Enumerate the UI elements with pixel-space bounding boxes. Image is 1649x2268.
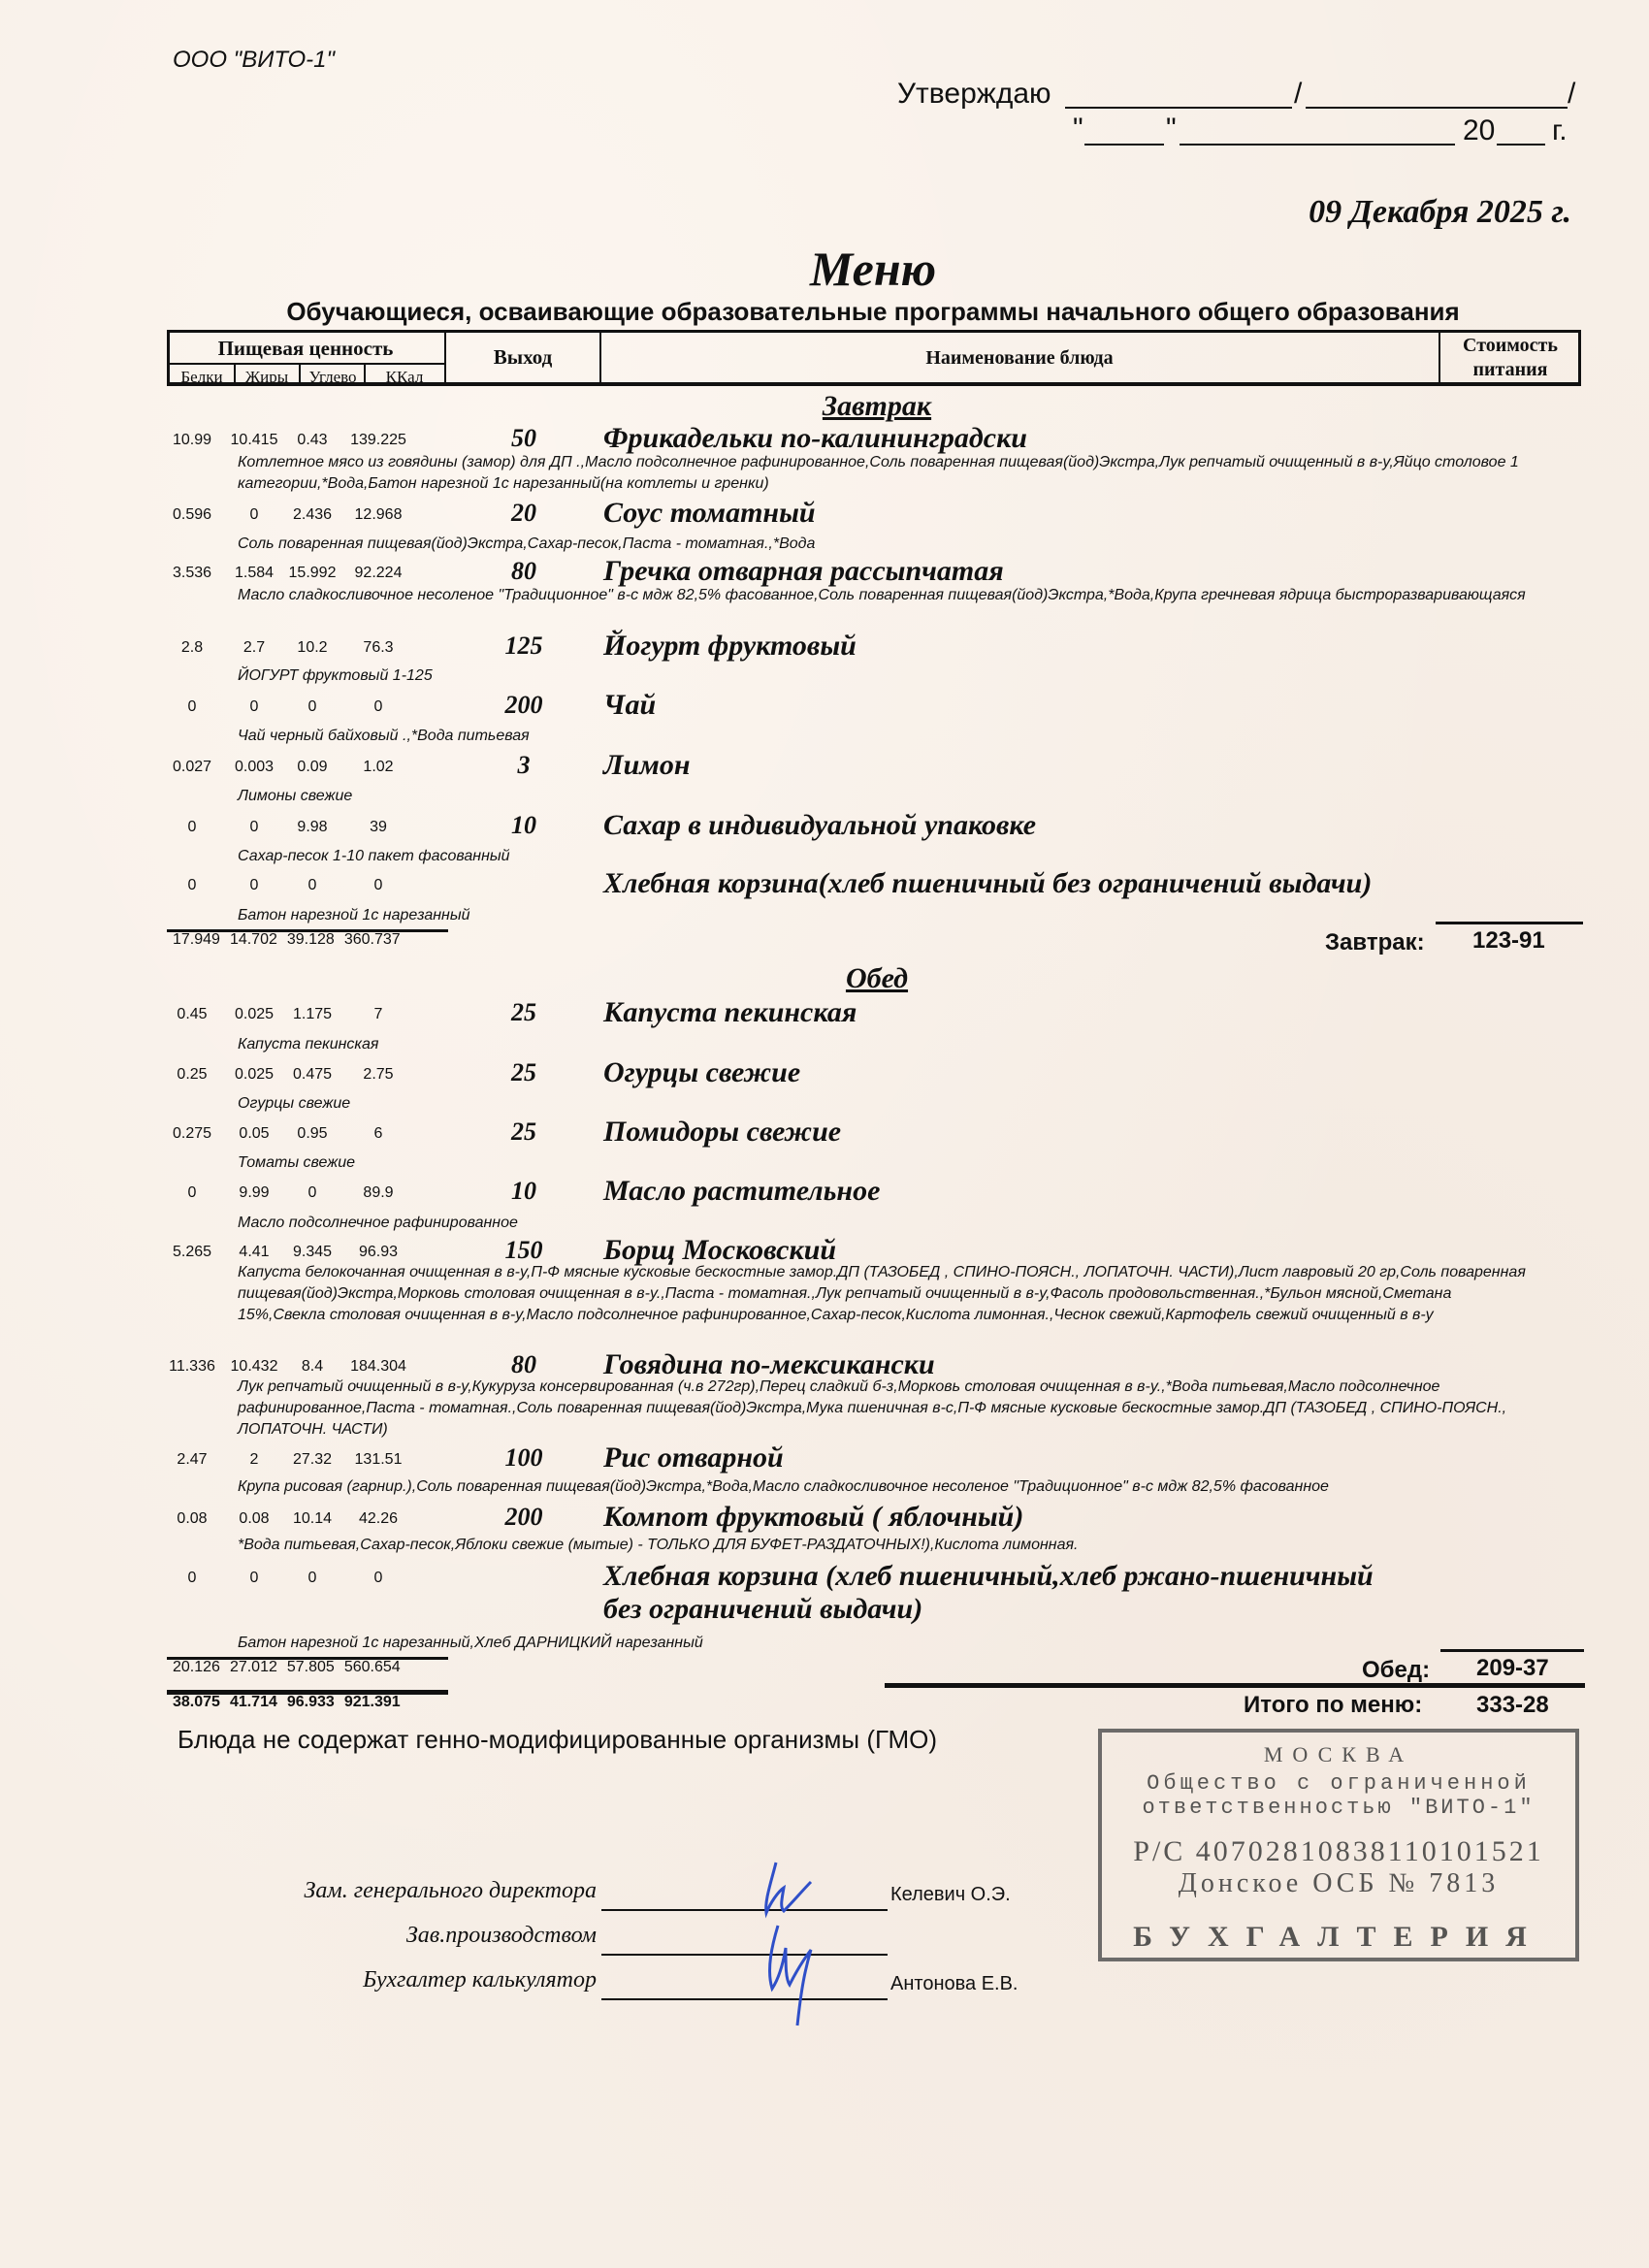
protein-value: 3.536: [161, 565, 223, 582]
page-subtitle: Обучающиеся, осваивающие образовательные…: [165, 297, 1581, 327]
approve-signature-line: [1065, 107, 1292, 109]
gmo-note: Блюда не содержат генно-модифицированные…: [178, 1725, 937, 1755]
total-carbs: 39.128: [287, 931, 335, 948]
carbs-value: 0.43: [281, 432, 343, 449]
breakfast-cost-label: Завтрак:: [1325, 929, 1425, 956]
fat-value: 9.99: [223, 1184, 285, 1202]
kcal-value: 131.51: [347, 1451, 409, 1469]
menu-date: 09 Декабря 2025 г.: [1309, 194, 1571, 231]
ingredients-text: Батон нарезной 1с нарезанный,Хлеб ДАРНИЦ…: [238, 1633, 1528, 1654]
dish-name-header: Наименование блюда: [601, 347, 1438, 370]
kcal-value: 89.9: [347, 1184, 409, 1202]
fat-value: 0.003: [223, 759, 285, 776]
carbs-value: 15.992: [281, 565, 343, 582]
day-line: [1084, 144, 1164, 146]
signature-role-accountant: Бухгалтер калькулятор: [247, 1967, 597, 1993]
protein-value: 0.45: [161, 1006, 223, 1023]
ingredients-text: Масло сладкосливочное несоленое "Традици…: [238, 585, 1528, 606]
fat-value: 4.41: [223, 1244, 285, 1261]
section-lunch-title: Обед: [0, 962, 1649, 995]
col-protein: Белки: [170, 368, 234, 387]
total-kcal: 360.737: [344, 931, 401, 948]
ingredients-text: Лук репчатый очищенный в в-у,Кукуруза ко…: [238, 1377, 1528, 1441]
fat-value: 0: [223, 877, 285, 894]
yield-value: 10: [485, 1177, 563, 1206]
dish-name: Хлебная корзина(хлеб пшеничный без огран…: [603, 867, 1372, 900]
dish-name: Масло растительное: [603, 1175, 880, 1208]
fat-value: 2: [223, 1451, 285, 1469]
yield-value: 200: [485, 691, 563, 720]
stamp-bank: Донское ОСБ № 7813: [1102, 1868, 1575, 1899]
dish-name: Сахар в индивидуальной упаковке: [603, 809, 1036, 842]
yield-value: 20: [485, 499, 563, 528]
carbs-value: 0.475: [281, 1066, 343, 1084]
nutrition-divider: [170, 363, 444, 365]
yield-header: Выход: [446, 345, 599, 370]
col-carbs: Углево: [301, 368, 365, 387]
table-header: Пищевая ценность Белки Жиры Углево ККал …: [167, 330, 1581, 386]
yield-value: 25: [485, 1058, 563, 1087]
total-protein: 20.126: [173, 1659, 220, 1675]
total-protein: 17.949: [173, 931, 220, 948]
ingredients-text: *Вода питьевая,Сахар-песок,Яблоки свежие…: [238, 1535, 1528, 1556]
ingredients-text: Капуста пекинская: [238, 1034, 1528, 1055]
yield-value: 80: [485, 557, 563, 586]
ingredients-text: Чай черный байховый .,*Вода питьевая: [238, 726, 1528, 747]
nutrition-header: Пищевая ценность: [170, 337, 441, 361]
grand-carbs: 96.933: [287, 1694, 335, 1710]
dish-name: Фрикадельки по-калининградски: [603, 422, 1027, 455]
kcal-value: 76.3: [347, 639, 409, 657]
stamp-account: Р/С 40702810838110101521: [1102, 1835, 1575, 1868]
fat-value: 0: [223, 698, 285, 716]
protein-value: 10.99: [161, 432, 223, 449]
kcal-value: 139.225: [347, 432, 409, 449]
grand-total-label: Итого по меню:: [1244, 1692, 1422, 1719]
handwritten-signature-icon: [747, 1843, 863, 2027]
kcal-value: 96.93: [347, 1244, 409, 1261]
protein-value: 0.08: [161, 1510, 223, 1528]
ingredients-text: Батон нарезной 1с нарезанный: [238, 905, 1528, 926]
kcal-value: 1.02: [347, 759, 409, 776]
stamp-department: БУХГАЛТЕРИЯ: [1102, 1921, 1575, 1954]
protein-value: 0.275: [161, 1125, 223, 1143]
fat-value: 0: [223, 819, 285, 836]
stamp-city: МОСКВА: [1102, 1742, 1575, 1767]
approve-name-line: [1306, 107, 1568, 109]
yield-value: 10: [485, 811, 563, 840]
breakfast-cost-rule: [1436, 922, 1583, 924]
yield-value: 150: [485, 1236, 563, 1265]
ingredients-text: Котлетное мясо из говядины (замор) для Д…: [238, 452, 1528, 495]
carbs-value: 9.345: [281, 1244, 343, 1261]
ingredients-text: Огурцы свежие: [238, 1093, 1528, 1115]
protein-value: 0: [161, 819, 223, 836]
yield-value: 25: [485, 1118, 563, 1147]
lunch-cost-label: Обед:: [1362, 1657, 1430, 1684]
protein-value: 0: [161, 877, 223, 894]
dish-name: Лимон: [603, 749, 690, 782]
page-title: Меню: [0, 241, 1649, 297]
ingredients-text: ЙОГУРТ фруктовый 1-125: [238, 665, 1528, 687]
year-line: [1497, 144, 1545, 146]
fat-value: 10.415: [223, 432, 285, 449]
year-suffix: г.: [1552, 114, 1568, 147]
protein-value: 2.47: [161, 1451, 223, 1469]
ingredients-text: Томаты свежие: [238, 1152, 1528, 1174]
fat-value: 1.584: [223, 565, 285, 582]
dish-name: Капуста пекинская: [603, 996, 857, 1029]
cost-header-line1: Стоимость: [1440, 334, 1580, 358]
yield-value: 200: [485, 1503, 563, 1532]
col-fat: Жиры: [236, 368, 298, 387]
carbs-value: 0.09: [281, 759, 343, 776]
fat-value: 0: [223, 506, 285, 524]
breakfast-cost-value: 123-91: [1472, 927, 1545, 955]
kcal-value: 0: [347, 1570, 409, 1587]
col-kcal: ККал: [366, 368, 443, 387]
signature-role-deputy-director: Зам. генерального директора: [247, 1878, 597, 1904]
lunch-cost-rule: [1440, 1649, 1584, 1652]
ingredients-text: Капуста белокочанная очищенная в в-у,П-Ф…: [238, 1262, 1528, 1326]
yield-value: 3: [485, 751, 563, 780]
stamp-org-line2: ответственностью "ВИТО-1": [1102, 1796, 1575, 1820]
total-kcal: 560.654: [344, 1659, 401, 1675]
breakfast-totals: 17.94914.70239.128360.737: [173, 931, 410, 949]
carbs-value: 10.14: [281, 1510, 343, 1528]
carbs-value: 0.95: [281, 1125, 343, 1143]
fat-value: 0.08: [223, 1510, 285, 1528]
yield-value: 25: [485, 998, 563, 1027]
protein-value: 0.25: [161, 1066, 223, 1084]
protein-value: 5.265: [161, 1244, 223, 1261]
date-quote-open: ": [1073, 113, 1083, 146]
kcal-value: 39: [347, 819, 409, 836]
kcal-value: 0: [347, 698, 409, 716]
grand-total-value: 333-28: [1476, 1692, 1549, 1719]
carbs-value: 0: [281, 698, 343, 716]
carbs-value: 10.2: [281, 639, 343, 657]
organization-name: ООО "ВИТО-1": [173, 47, 335, 74]
total-fat: 27.012: [230, 1659, 277, 1675]
date-quote-close: ": [1166, 113, 1177, 146]
protein-value: 2.8: [161, 639, 223, 657]
dish-name: Соус томатный: [603, 497, 816, 530]
yield-value: 100: [485, 1443, 563, 1473]
carbs-value: 0: [281, 1184, 343, 1202]
yield-value: 50: [485, 424, 563, 453]
fat-value: 0.025: [223, 1066, 285, 1084]
carbs-value: 2.436: [281, 506, 343, 524]
dish-name: Хлебная корзина (хлеб пшеничный,хлеб ржа…: [603, 1560, 1374, 1593]
kcal-value: 0: [347, 877, 409, 894]
kcal-value: 42.26: [347, 1510, 409, 1528]
cost-header: Стоимость питания: [1440, 334, 1580, 382]
carbs-value: 9.98: [281, 819, 343, 836]
protein-value: 0: [161, 1570, 223, 1587]
protein-value: 11.336: [161, 1358, 223, 1376]
fat-value: 0.025: [223, 1006, 285, 1023]
yield-value: 125: [485, 632, 563, 661]
protein-value: 0: [161, 698, 223, 716]
total-carbs: 57.805: [287, 1659, 335, 1675]
signature-role-production-head: Зав.производством: [247, 1923, 597, 1949]
approve-slash-2: /: [1568, 78, 1575, 111]
kcal-value: 92.224: [347, 565, 409, 582]
grand-totals: 38.07541.71496.933921.391: [173, 1694, 410, 1711]
cost-header-line2: питания: [1440, 358, 1580, 382]
ingredients-text: Соль поваренная пищевая(йод)Экстра,Сахар…: [238, 534, 1528, 555]
kcal-value: 184.304: [347, 1358, 409, 1376]
dish-name-line2: без ограничений выдачи): [603, 1593, 922, 1626]
protein-value: 0.596: [161, 506, 223, 524]
carbs-value: 1.175: [281, 1006, 343, 1023]
signature-name: Келевич О.Э.: [890, 1884, 1011, 1906]
fat-value: 0.05: [223, 1125, 285, 1143]
kcal-value: 7: [347, 1006, 409, 1023]
grand-protein: 38.075: [173, 1694, 220, 1710]
approve-slash-1: /: [1294, 78, 1302, 111]
carbs-value: 27.32: [281, 1451, 343, 1469]
carbs-value: 0: [281, 1570, 343, 1587]
ingredients-text: Сахар-песок 1-10 пакет фасованный: [238, 846, 1528, 867]
ingredients-text: Лимоны свежие: [238, 786, 1528, 807]
kcal-value: 2.75: [347, 1066, 409, 1084]
yield-value: 80: [485, 1350, 563, 1379]
carbs-value: 0: [281, 877, 343, 894]
fat-value: 0: [223, 1570, 285, 1587]
total-fat: 14.702: [230, 931, 277, 948]
dish-name: Йогурт фруктовый: [603, 630, 857, 663]
kcal-value: 12.968: [347, 506, 409, 524]
grand-total-rule: [885, 1683, 1585, 1688]
approve-label: Утверждаю: [897, 78, 1051, 111]
kcal-value: 6: [347, 1125, 409, 1143]
carbs-value: 8.4: [281, 1358, 343, 1376]
dish-name: Рис отварной: [603, 1442, 784, 1474]
section-breakfast-title: Завтрак: [0, 390, 1649, 423]
fat-value: 2.7: [223, 639, 285, 657]
ingredients-text: Крупа рисовая (гарнир.),Соль поваренная …: [238, 1476, 1528, 1498]
stamp-org-line1: Общество с ограниченной: [1102, 1771, 1575, 1796]
month-line: [1180, 144, 1455, 146]
dish-name: Гречка отварная рассыпчатая: [603, 555, 1004, 588]
signature-name: Антонова Е.В.: [890, 1973, 1018, 1995]
accounting-stamp: МОСКВА Общество с ограниченной ответстве…: [1098, 1729, 1579, 1961]
dish-name: Помидоры свежие: [603, 1116, 841, 1149]
grand-fat: 41.714: [230, 1694, 277, 1710]
lunch-totals: 20.12627.01257.805560.654: [173, 1659, 410, 1676]
dish-name: Компот фруктовый ( яблочный): [603, 1501, 1023, 1534]
year-prefix: 20: [1463, 114, 1495, 147]
grand-kcal: 921.391: [344, 1694, 401, 1710]
ingredients-text: Масло подсолнечное рафинированное: [238, 1213, 1528, 1234]
protein-value: 0: [161, 1184, 223, 1202]
dish-name: Чай: [603, 689, 656, 722]
lunch-cost-value: 209-37: [1476, 1655, 1549, 1682]
dish-name: Огурцы свежие: [603, 1056, 800, 1089]
protein-value: 0.027: [161, 759, 223, 776]
fat-value: 10.432: [223, 1358, 285, 1376]
